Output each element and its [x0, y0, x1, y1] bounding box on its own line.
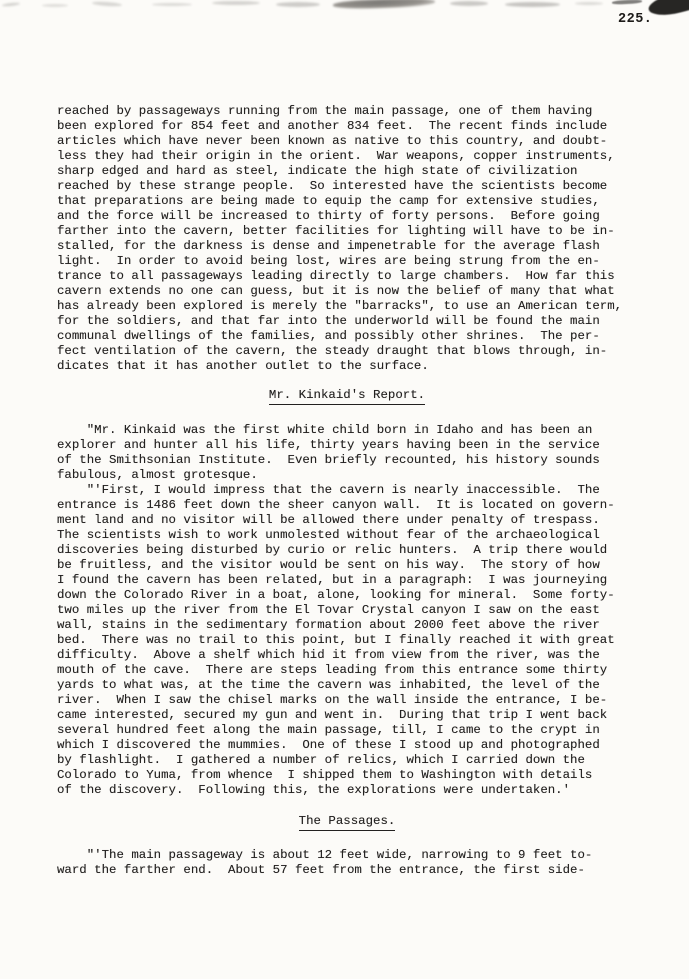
- section-heading-row: The Passages.: [57, 814, 637, 831]
- scan-smudge: [42, 4, 68, 7]
- document-body: reached by passageways running from the …: [57, 104, 637, 878]
- scan-blob-corner: [646, 0, 689, 20]
- scan-smudge: [575, 2, 603, 5]
- scan-smudge-dark: [612, 0, 642, 5]
- scan-smudge: [2, 2, 20, 7]
- paragraph-kinkaid-report: "Mr. Kinkaid was the first white child b…: [57, 423, 637, 798]
- section-heading-the-passages: The Passages.: [299, 814, 396, 831]
- scan-smudge: [276, 2, 320, 7]
- page-number: 225.: [618, 12, 652, 27]
- section-heading-row: Mr. Kinkaid's Report.: [57, 388, 637, 405]
- scan-smudge: [152, 3, 192, 6]
- scan-smudge: [92, 1, 122, 7]
- scan-smudge-dark: [333, 0, 435, 10]
- scan-smudge: [450, 1, 488, 6]
- section-heading-kinkaid-report: Mr. Kinkaid's Report.: [269, 388, 425, 405]
- scan-smudge: [212, 1, 260, 5]
- paragraph-cavern-exploration: reached by passageways running from the …: [57, 104, 637, 374]
- document-page: 225. reached by passageways running from…: [0, 0, 689, 979]
- scan-smudge: [505, 2, 560, 7]
- paragraph-the-passages: "'The main passageway is about 12 feet w…: [57, 848, 637, 878]
